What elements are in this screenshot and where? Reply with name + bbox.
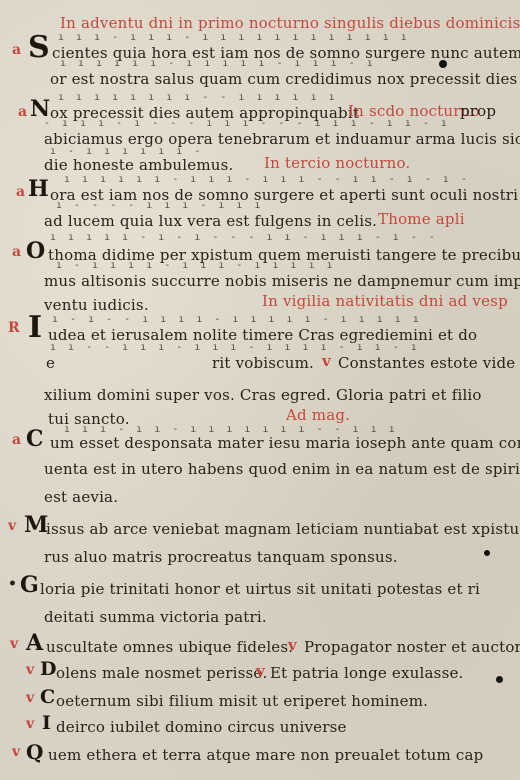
antiphon-marker: a (18, 104, 27, 120)
verse-marker: v (12, 744, 20, 760)
chant-text: die honeste ambulemus. (44, 156, 234, 174)
rubric-ad-magnificat: Ad mag. (286, 406, 350, 424)
verse-marker: v (256, 662, 265, 680)
verse-marker: v (322, 352, 331, 370)
initial-letter: H (28, 176, 49, 202)
rubric-third-nocturn: In tercio nocturno. (264, 154, 410, 172)
initial-letter: C (26, 426, 44, 452)
antiphon-marker: a (12, 432, 21, 448)
neume-line: ı - ı ı ı ı - ı ı ı - ı ı ı ı ı (56, 260, 336, 271)
chant-text: rit vobiscum. (212, 354, 314, 372)
chant-text: Constantes estote vide (338, 354, 515, 372)
chant-text: uscultate omnes ubique fideles. (46, 638, 293, 656)
verse-marker: v (8, 518, 16, 534)
neume-line: ı - ı - - ı ı ı ı - ı ı ı ı ı - ı ı ı ı … (52, 314, 422, 325)
chant-text: uem ethera et terra atque mare non preua… (48, 746, 483, 764)
verse-marker: v (26, 690, 34, 706)
initial-letter: G (20, 572, 39, 598)
antiphon-marker: a (12, 42, 21, 58)
initial-letter: S (28, 30, 50, 65)
neume-line: ı ı ı ı ı ı - ı ı ı - ı ı ı - - ı ı - ı … (64, 174, 470, 185)
chant-text: uenta est in utero habens quod enim in e… (44, 460, 520, 478)
neume-line: ı ı ı ı ı ı ı ı - - ı ı ı ı ı ı (58, 92, 338, 103)
antiphon-marker: a (16, 184, 25, 200)
verse-marker: v (26, 662, 34, 678)
verse-marker: v (10, 636, 18, 652)
chant-text: est aevia. (44, 488, 118, 506)
chant-text: olens male nosmet perisse. (56, 664, 267, 682)
initial-letter: C (40, 686, 55, 708)
rubric-thome-apostoli: Thome apli (378, 210, 465, 228)
chant-text: deirco iubilet domino circus universe (56, 718, 347, 736)
ink-dot (439, 60, 447, 68)
initial-letter: D (40, 658, 57, 680)
ink-dot (484, 550, 490, 556)
responsory-marker: R (8, 320, 20, 336)
neume-line: ı ı ı ı ı ı - ı ı ı ı ı - ı ı ı - ı (60, 58, 376, 69)
verse-marker: v (26, 716, 34, 732)
chant-text: oeternum sibi filium misit ut eriperet h… (56, 692, 428, 710)
initial-letter: A (26, 630, 43, 656)
chant-text: ventu iudicis. (44, 296, 149, 314)
bullet-marker: • (8, 576, 17, 592)
neume-line: ı - - - - ı ı ı - ı ı ı (56, 200, 263, 211)
chant-text: loria pie trinitati honor et uirtus sit … (40, 580, 480, 598)
initial-letter: Q (26, 740, 44, 764)
rubric-heading: In adventu dni in primo nocturno singuli… (60, 14, 520, 32)
chant-text: xilium domini super vos. Cras egred. Glo… (44, 386, 482, 404)
chant-text: deitati summa victoria patri. (44, 608, 267, 626)
ink-dot (496, 676, 503, 683)
chant-text: prop (460, 102, 496, 120)
chant-text: or est nostra salus quam cum credidimus … (50, 70, 520, 88)
initial-letter: I (42, 712, 51, 734)
chant-text: mus altisonis succurre nobis miseris ne … (44, 272, 520, 290)
chant-text: e (46, 354, 55, 372)
neume-line: - ı ı ı - ı - - - ı ı ı - - - ı ı ı - ı … (44, 118, 450, 129)
neume-line: ı ı ı - ı ı ı - ı ı ı ı ı ı ı ı ı ı ı ı (58, 32, 410, 43)
chant-text: ad lucem quia lux vera est fulgens in ce… (44, 212, 377, 230)
initial-letter: O (26, 238, 45, 264)
chant-text: rus aluo matris procreatus tanquam spons… (44, 548, 398, 566)
initial-letter: I (28, 310, 42, 345)
neume-line: ı ı ı ı ı - ı - ı - - - ı ı - ı ı ı - ı … (50, 232, 438, 243)
neume-line: ı ı - - ı ı ı - ı ı ı - ı ı ı ı - ı ı - … (50, 342, 420, 353)
chant-text: um esset desponsata mater iesu maria ios… (50, 434, 520, 452)
chant-text: Et patria longe exulasse. (270, 664, 464, 682)
antiphon-marker: a (12, 244, 21, 260)
chant-text: Propagator noster et auctor (304, 638, 520, 656)
rubric-vigil-nativity: In vigilia nativitatis dni ad vesp (262, 292, 508, 310)
initial-letter: M (24, 512, 49, 538)
manuscript-page: In adventu dni in primo nocturno singuli… (0, 0, 520, 780)
verse-marker: v (288, 636, 297, 654)
chant-text: issus ab arce veniebat magnam leticiam n… (46, 520, 519, 538)
